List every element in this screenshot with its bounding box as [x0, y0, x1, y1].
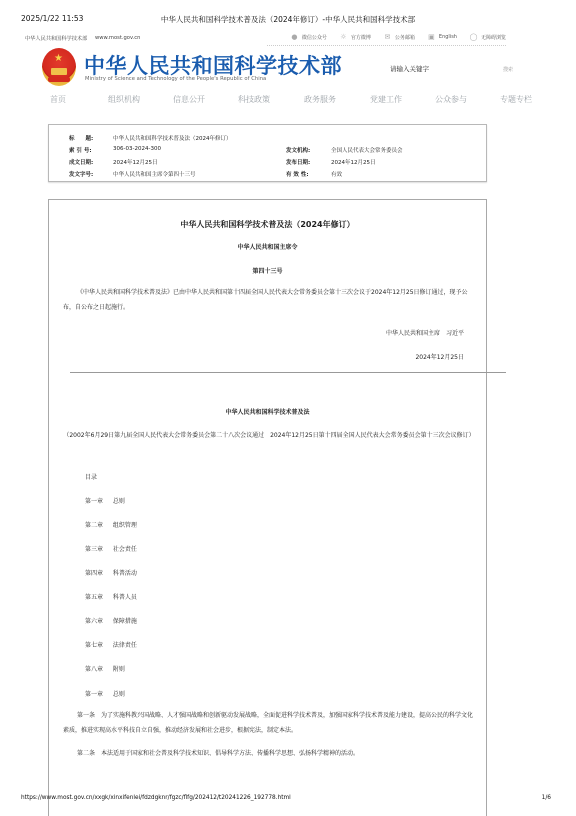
meta-published-value: 2024年12月25日 — [331, 158, 376, 166]
toc-item[interactable]: 第五章 科普人员 — [85, 592, 137, 601]
logo-english-name: Ministry of Science and Technology of th… — [85, 76, 266, 82]
site-url-link[interactable]: www.most.gov.cn — [95, 35, 140, 41]
meta-index-label: 索 引 号: — [69, 146, 92, 154]
nav-item-party-building[interactable]: 党建工作 — [370, 94, 402, 105]
article-2: 第二条 本法适用于国家和社会普及科学技术知识、倡导科学方法、传播科学思想、弘扬科… — [63, 746, 478, 761]
english-label: English — [439, 34, 457, 40]
sign-date: 2024年12月25日 — [415, 352, 464, 361]
meta-published-label: 发布日期: — [286, 158, 310, 166]
print-header: 2025/1/22 11:53 中华人民共和国科学技术普及法（2024年修订）-… — [21, 14, 555, 26]
mail-icon: ✉ — [383, 33, 392, 41]
weibo-label: 官方微博 — [351, 34, 371, 41]
nav-item-special-topics[interactable]: 专题专栏 — [500, 94, 532, 105]
meta-index-value: 306-03-2024-300 — [113, 146, 161, 152]
order-number: 第四十三号 — [49, 266, 486, 275]
toc-item[interactable]: 第六章 保障措施 — [85, 616, 137, 625]
article-1: 第一条 为了实施科教兴国战略、人才强国战略和创新驱动发展战略，全面促进科学技术普… — [63, 708, 478, 738]
article-title: 中华人民共和国科学技术普及法（2024年修订） — [49, 219, 486, 230]
main-nav: 首页 组织机构 信息公开 科技政策 政务服务 党建工作 公众参与 专题专栏 — [0, 94, 576, 108]
toc-label: 目录 — [85, 472, 97, 481]
nav-item-organization[interactable]: 组织机构 — [108, 94, 140, 105]
wechat-label: 微信公众号 — [302, 34, 327, 41]
chapter-heading: 第一章 总则 — [85, 689, 125, 698]
toc-item[interactable]: 第八章 附则 — [85, 664, 125, 673]
law-title: 中华人民共和国科学技术普及法 — [49, 407, 486, 416]
toc-item[interactable]: 第三章 社会责任 — [85, 544, 137, 553]
accessibility-link[interactable]: ◯ 无障碍浏览 — [469, 33, 506, 41]
national-emblem-icon: ★ — [42, 48, 76, 86]
article-content: 中华人民共和国科学技术普及法（2024年修订） 中华人民共和国主席令 第四十三号… — [48, 199, 487, 816]
meta-issuer-label: 发文机构: — [286, 146, 310, 154]
announcement-paragraph: 《中华人民共和国科学技术普及法》已由中华人民共和国第十四届全国人民代表大会常务委… — [63, 285, 478, 315]
meta-written-label: 成文日期: — [69, 158, 93, 166]
search-input[interactable]: 请输入关键字 — [390, 64, 429, 73]
meta-validity-label: 有 效 性: — [286, 170, 309, 178]
meta-title-label: 标 题: — [69, 134, 93, 142]
nav-item-policy[interactable]: 科技政策 — [238, 94, 270, 105]
toc-item[interactable]: 第七章 法律责任 — [85, 640, 137, 649]
toc-item[interactable]: 第四章 科普活动 — [85, 568, 137, 577]
meta-written-value: 2024年12月25日 — [113, 158, 158, 166]
meta-docno-label: 发文字号: — [69, 170, 93, 178]
search-button[interactable]: 搜索 — [503, 66, 513, 73]
utility-links: ● 微信公众号 ☼ 官方微博 ✉ 公务邮箱 ▣ English ◯ 无障碍浏览 — [290, 33, 506, 41]
nav-item-info-disclosure[interactable]: 信息公开 — [173, 94, 205, 105]
toc-item[interactable]: 第二章 组织管理 — [85, 520, 137, 529]
page-number: 1/6 — [542, 795, 551, 801]
print-page-title: 中华人民共和国科学技术普及法（2024年修订）-中华人民共和国科学技术部 — [21, 14, 555, 25]
nav-item-public-participation[interactable]: 公众参与 — [435, 94, 467, 105]
wechat-icon: ● — [290, 33, 299, 41]
nav-item-home[interactable]: 首页 — [50, 94, 66, 105]
weibo-link[interactable]: ☼ 官方微博 — [339, 33, 371, 41]
print-url: https://www.most.gov.cn/xxgk/xinxifenlei… — [21, 795, 291, 801]
site-name-link[interactable]: 中华人民共和国科学技术部 — [25, 35, 87, 42]
english-link[interactable]: ▣ English — [427, 33, 457, 41]
law-history: （2002年6月29日第九届全国人民代表大会常务委员会第二十八次会议通过 202… — [59, 428, 479, 443]
nav-item-services[interactable]: 政务服务 — [304, 94, 336, 105]
order-issuer: 中华人民共和国主席令 — [49, 242, 486, 251]
toc-item[interactable]: 第一章 总则 — [85, 496, 125, 505]
meta-title-value: 中华人民共和国科学技术普及法（2024年修订） — [113, 134, 232, 142]
mail-label: 公务邮箱 — [395, 34, 415, 41]
wechat-link[interactable]: ● 微信公众号 — [290, 33, 327, 41]
english-icon: ▣ — [427, 33, 436, 41]
meta-issuer-value: 全国人民代表大会常务委员会 — [331, 146, 403, 154]
top-utility-bar: 中华人民共和国科学技术部 www.most.gov.cn ● 微信公众号 ☼ 官… — [20, 33, 506, 45]
lightbulb-icon: ◯ — [469, 33, 478, 41]
mail-link[interactable]: ✉ 公务邮箱 — [383, 33, 415, 41]
section-divider — [70, 372, 506, 373]
meta-docno-value: 中华人民共和国主席令第四十三号 — [113, 170, 196, 178]
signer: 中华人民共和国主席 习近平 — [386, 328, 464, 337]
document-metadata: 标 题: 中华人民共和国科学技术普及法（2024年修订） 索 引 号: 306-… — [48, 124, 487, 182]
weibo-icon: ☼ — [339, 33, 348, 41]
site-logo[interactable]: ★ 中华人民共和国科学技术部 Ministry of Science and T… — [40, 46, 300, 88]
accessibility-label: 无障碍浏览 — [481, 34, 506, 41]
meta-validity-value: 有效 — [331, 170, 342, 178]
dotted-divider — [267, 45, 506, 46]
